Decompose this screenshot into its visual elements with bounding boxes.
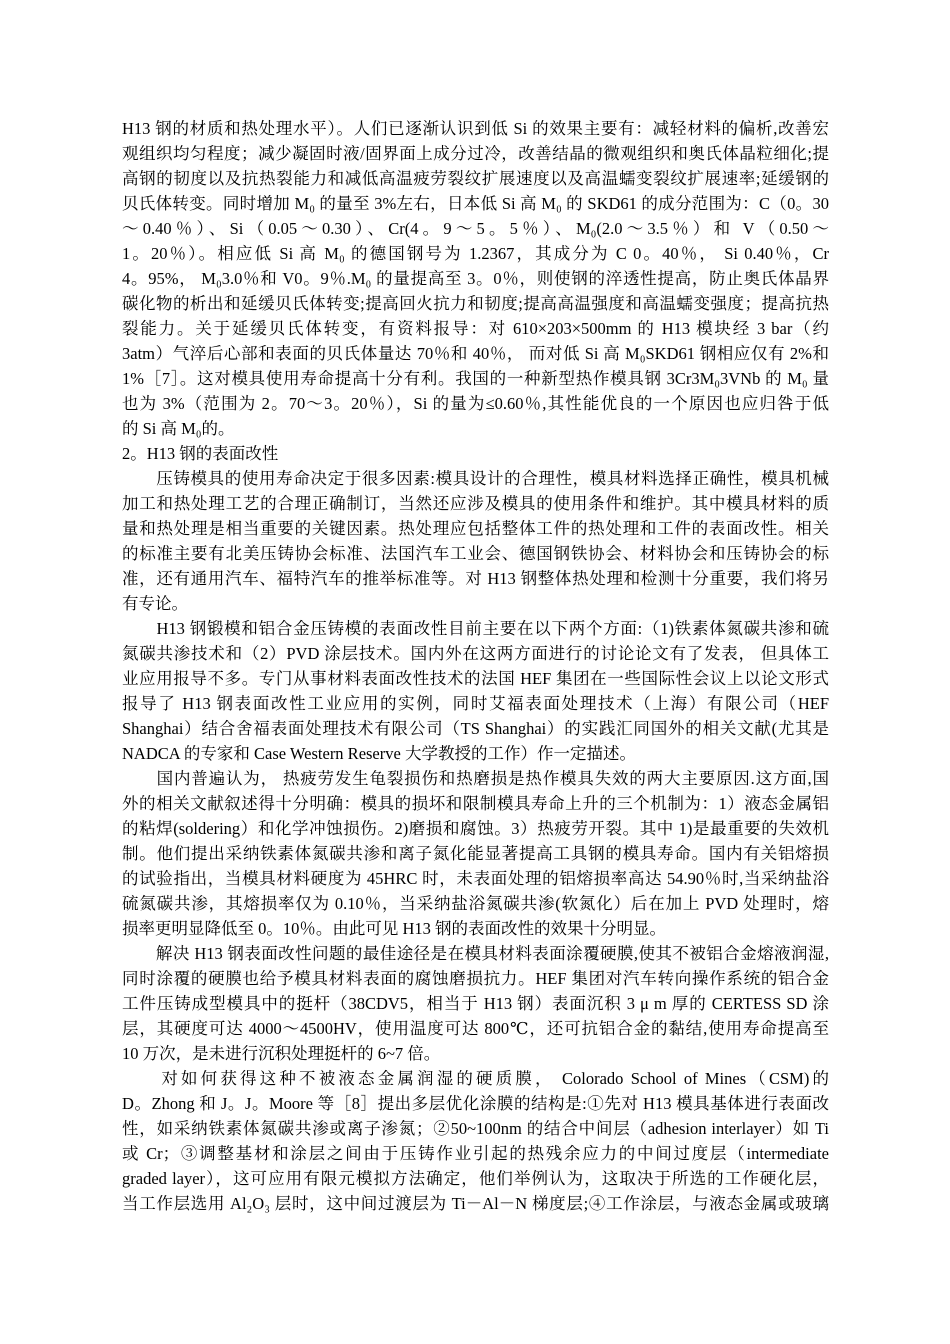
text-line: 对如何获得这种不被液态金属润湿的硬质膜， Colorado School of … — [122, 1066, 829, 1091]
text-line: ～0.40％）、Si（0.05～0.30）、Cr(4。9～5。5％）、M₀(2.… — [122, 216, 829, 241]
text-line: 也为 3%（范围为 2。70～3。20％），Si 的量为≤0.60％,其性能优良… — [122, 391, 829, 416]
text-line: 压铸模具的使用寿命决定于很多因素:模具设计的合理性，模具材料选择正确性，模具机械 — [122, 466, 829, 491]
text-line: 高钢的韧度以及抗热裂能力和减低高温疲劳裂纹扩展速度以及高温蠕变裂纹扩展速率;延缓… — [122, 166, 829, 191]
text-line: NADCA 的专家和 Case Western Reserve 大学教授的工作）… — [122, 741, 829, 766]
text-line: 3atm）气淬后心部和表面的贝氏体量达 70％和 40％， 而对低 Si 高 M… — [122, 341, 829, 366]
text-line: Shanghai）结合舍福表面处理技术有限公司（TS Shanghai）的实践汇… — [122, 716, 829, 741]
text-line: 外的相关文献叙述得十分明确：模具的损坏和限制模具寿命上升的三个机制为：1）液态金… — [122, 791, 829, 816]
document-page: H13 钢的材质和热处理水平）。人们已逐渐认识到低 Si 的效果主要有：减轻材料… — [0, 0, 950, 1344]
text-line: 1。20％）。相应低 Si 高 M₀ 的德国钢号为 1.2367，其成分为 C … — [122, 241, 829, 266]
text-line: graded layer），这可应用有限元模拟方法确定，他们举例认为，这取决于所… — [122, 1166, 829, 1191]
text-line: 贝氏体转变。同时增加 M₀ 的量至 3%左右，日本低 Si 高 M₀ 的 SKD… — [122, 191, 829, 216]
text-line: 10 万次，是未进行沉积处理挺杆的 6~7 倍。 — [122, 1041, 829, 1066]
text-line: 业应用报导不多。专门从事材料表面改性技术的法国 HEF 集团在一些国际性会议上以… — [122, 666, 829, 691]
text-line: 层，其硬度可达 4000～4500HV，使用温度可达 800℃，还可抗铝合金的黏… — [122, 1016, 829, 1041]
text-line: 加工和热处理工艺的合理正确制订，当然还应涉及模具的使用条件和维护。其中模具材料的… — [122, 491, 829, 516]
document-body: H13 钢的材质和热处理水平）。人们已逐渐认识到低 Si 的效果主要有：减轻材料… — [122, 116, 829, 1216]
text-line: 国内普遍认为， 热疲劳发生龟裂损伤和热磨损是热作模具失效的两大主要原因.这方面,… — [122, 766, 829, 791]
text-line: 的粘焊(soldering）和化学冲蚀损伤。2)磨损和腐蚀。3）热疲劳开裂。其中… — [122, 816, 829, 841]
text-line: 氮碳共渗技术和（2）PVD 涂层技术。国内外在这两方面进行的讨论论文有了发表， … — [122, 641, 829, 666]
text-line: 当工作层选用 Al₂O₃ 层时，这中间过渡层为 Ti－Al－N 梯度层;④工作涂… — [122, 1191, 829, 1216]
text-line: 的标准主要有北美压铸协会标准、法国汽车工业会、德国钢铁协会、材料协会和压铸协会的… — [122, 541, 829, 566]
text-line: 4。95%， M₀3.0％和 V0。9％.M₀ 的量提高至 3。0％，则使钢的淬… — [122, 266, 829, 291]
text-line: 碳化物的析出和延缓贝氏体转变;提高回火抗力和韧度;提高高温强度和高温蠕变强度；提… — [122, 291, 829, 316]
text-line: 准，还有通用汽车、福特汽车的推举标准等。对 H13 钢整体热处理和检测十分重要，… — [122, 566, 829, 591]
text-line: H13 钢的材质和热处理水平）。人们已逐渐认识到低 Si 的效果主要有：减轻材料… — [122, 116, 829, 141]
text-line: H13 钢锻模和铝合金压铸模的表面改性目前主要在以下两个方面:（1)铁素体氮碳共… — [122, 616, 829, 641]
text-line: 裂能力。关于延缓贝氏体转变，有资料报导：对 610×203×500mm 的 H1… — [122, 316, 829, 341]
text-line: 解决 H13 钢表面改性问题的最佳途径是在模具材料表面涂覆硬膜,使其不被铝合金熔… — [122, 941, 829, 966]
text-line: 报导了 H13 钢表面改性工业应用的实例，同时艾福表面处理技术（上海）有限公司（… — [122, 691, 829, 716]
text-line: 1%［7］。这对模具使用寿命提高十分有利。我国的一种新型热作模具钢 3Cr3M₀… — [122, 366, 829, 391]
section-heading: 2。H13 钢的表面改性 — [122, 441, 829, 466]
text-line: D。Zhong 和 J。J。Moore 等［8］提出多层优化涂膜的结构是:①先对… — [122, 1091, 829, 1116]
text-line: 性，如采纳铁素体氮碳共渗或离子渗氮；②50~100nm 的结合中间层（adhes… — [122, 1116, 829, 1141]
text-line: 同时涂覆的硬膜也给予模具材料表面的腐蚀磨损抗力。HEF 集团对汽车转向操作系统的… — [122, 966, 829, 991]
text-line: 的 Si 高 M₀的。 — [122, 416, 829, 441]
text-line: 硫氮碳共渗，其熔损率仅为 0.10％，当采纳盐浴氮碳共渗(软氮化）后在加上 PV… — [122, 891, 829, 916]
text-line: 有专论。 — [122, 591, 829, 616]
text-line: 工件压铸成型模具中的挺杆（38CDV5，相当于 H13 钢）表面沉积 3 μ m… — [122, 991, 829, 1016]
text-line: 损率更明显降低至 0。10％。由此可见 H13 钢的表面改性的效果十分明显。 — [122, 916, 829, 941]
text-line: 或 Cr；③调整基材和涂层之间由于压铸作业引起的热残余应力的中间过度层（inte… — [122, 1141, 829, 1166]
text-line: 量和热处理是相当重要的关键因素。热处理应包括整体工件的热处理和工件的表面改性。相… — [122, 516, 829, 541]
text-line: 的试验指出，当模具材料硬度为 45HRC 时，未表面处理的铝熔损率高达 54.9… — [122, 866, 829, 891]
text-line: 观组织均匀程度；减少凝固时液/固界面上成分过冷，改善结晶的微观组织和奥氏体晶粒细… — [122, 141, 829, 166]
text-line: 制。他们提出采纳铁素体氮碳共渗和离子氮化能显著提高工具钢的模具寿命。国内有关铝熔… — [122, 841, 829, 866]
